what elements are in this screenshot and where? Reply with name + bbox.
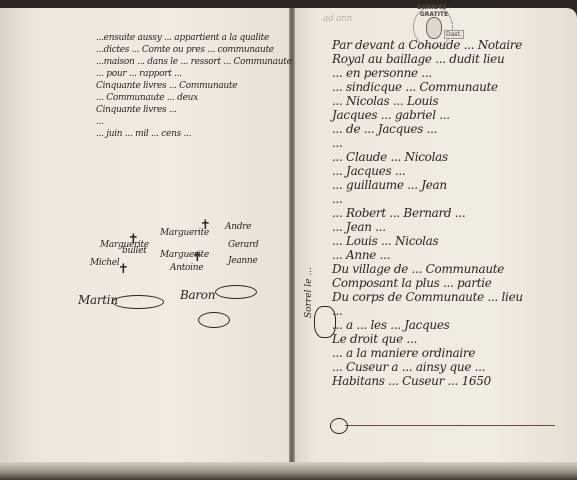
stamp-shield-icon bbox=[426, 17, 442, 39]
right-line-12: ... bbox=[332, 192, 343, 206]
right-line-18: Composant la plus ... partie bbox=[332, 276, 492, 290]
stamp-text: DANIEYS · GRATITE bbox=[406, 4, 462, 18]
right-line-16: ... Anne ... bbox=[332, 248, 390, 262]
right-line-4: ... sindicque ... Communaute bbox=[332, 80, 498, 94]
left-line-3: ...maison ... dans le ... ressort ... Co… bbox=[96, 57, 292, 67]
right-line-10: ... Jacques ... bbox=[332, 164, 405, 178]
signature-flourish bbox=[215, 285, 257, 299]
second-signature: Baron bbox=[180, 288, 215, 302]
left-line-4: ... pour ... rapport ... bbox=[96, 69, 182, 79]
left-line-9: ... juin ... mil ... cens ... bbox=[96, 129, 191, 139]
right-line-6: Jacques ... gabriel ... bbox=[332, 108, 450, 122]
right-line-23: ... a la maniere ordinaire bbox=[332, 346, 475, 360]
right-line-13: ... Robert ... Bernard ... bbox=[332, 206, 465, 220]
right-line-17: Du village de ... Communaute bbox=[332, 262, 504, 276]
cross-mark-icon: ✝ bbox=[200, 218, 211, 233]
signature-7: Michel bbox=[90, 258, 119, 268]
right-line-1: Par devant a Cohoude ... Notaire bbox=[332, 38, 522, 52]
right-line-22: Le droit que ... bbox=[332, 332, 417, 346]
right-line-24: ... Cuseur a ... ainsy que ... bbox=[332, 360, 485, 374]
left-line-5: Cinquante livres ... Communaute bbox=[96, 81, 237, 91]
closing-line bbox=[345, 425, 555, 426]
right-line-25: Habitans ... Cuseur ... 1650 bbox=[332, 374, 491, 388]
right-line-5: ... Nicolas ... Louis bbox=[332, 94, 438, 108]
right-line-3: ... en personne ... bbox=[332, 66, 432, 80]
cross-mark-icon: ✝ bbox=[128, 232, 139, 247]
right-line-14: ... Jean ... bbox=[332, 220, 386, 234]
page-bottom-edge bbox=[0, 462, 577, 480]
closing-flourish-icon bbox=[330, 418, 348, 434]
left-line-8: ... bbox=[96, 117, 104, 127]
manuscript-spread: DANIEYS · GRATITE Dast. ad ann ...ensuit… bbox=[0, 0, 577, 480]
right-line-9: ... Claude ... Nicolas bbox=[332, 150, 448, 164]
left-line-7: Cinquante livres ... bbox=[96, 105, 177, 115]
right-line-21: ... a ... les ... Jacques bbox=[332, 318, 450, 332]
signature-4: Gerard bbox=[228, 240, 258, 250]
book-gutter bbox=[289, 8, 295, 470]
signature-bullet: bullet bbox=[122, 246, 146, 256]
right-line-19: Du corps de Communaute ... lieu bbox=[332, 290, 523, 304]
left-line-2: ...dictes ... Comte ou pres ... communau… bbox=[96, 45, 274, 55]
margin-note: Sorrel le ... bbox=[304, 267, 314, 318]
right-line-11: ... guillaume ... Jean bbox=[332, 178, 447, 192]
left-line-6: ... Communaute ... deux bbox=[96, 93, 198, 103]
right-line-7: ... de ... Jacques ... bbox=[332, 122, 437, 136]
signature-2: Andre bbox=[225, 222, 251, 232]
signature-flourish bbox=[198, 312, 230, 328]
right-line-2: Royal au baillage ... dudit lieu bbox=[332, 52, 504, 66]
notary-paraph-icon bbox=[314, 306, 336, 338]
signature-8: Antoine bbox=[170, 263, 203, 273]
signature-6: Jeanne bbox=[228, 256, 257, 266]
left-line-1: ...ensuite aussy ... appartient a la qua… bbox=[96, 33, 269, 43]
signature-flourish bbox=[112, 295, 164, 309]
right-line-8: ... bbox=[332, 136, 343, 150]
right-page-header: ad ann bbox=[323, 14, 352, 24]
right-line-15: ... Louis ... Nicolas bbox=[332, 234, 438, 248]
cross-mark-icon: ✝ bbox=[118, 262, 129, 277]
